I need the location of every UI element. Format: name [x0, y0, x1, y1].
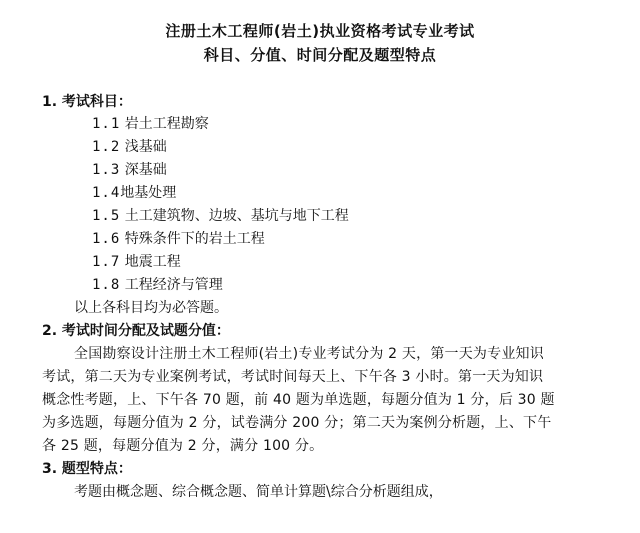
paragraph-line: 考试，第二天为专业案例考试，考试时间每天上、下午各 3 小时。第一天为知识	[42, 366, 543, 386]
section-2-heading: 2. 考试时间分配及试题分值：	[42, 320, 230, 340]
paragraph-line: 为多选题，每题分值为 2 分，试卷满分 200 分；第二天为案例分析题，上、下午	[42, 412, 551, 432]
paragraph-line: 概念性考题，上、下午各 70 题，前 40 题为单选题，每题分值为 1 分，后 …	[42, 389, 555, 409]
subject-item: 1.3 深基础	[92, 159, 167, 179]
paragraph-line: 全国勘察设计注册土木工程师(岩土)专业考试分为 2 天，第一天为专业知识	[74, 343, 544, 363]
subject-item: 1.5 土工建筑物、边坡、基坑与地下工程	[92, 205, 349, 225]
subject-number: 1.8	[92, 277, 120, 293]
subject-number: 1.1	[92, 116, 120, 132]
subject-item: 1.2 浅基础	[92, 136, 167, 156]
subject-number: 1.2	[92, 139, 120, 155]
subject-text: 土工建筑物、边坡、基坑与地下工程	[125, 208, 349, 224]
subject-text: 特殊条件下的岩土工程	[125, 231, 265, 247]
section-1-note: 以上各科目均为必答题。	[74, 297, 228, 317]
paragraph-line: 各 25 题，每题分值为 2 分，满分 100 分。	[42, 435, 323, 455]
subject-text: 工程经济与管理	[125, 277, 223, 293]
subject-text: 深基础	[125, 162, 167, 178]
subject-number: 1.5	[92, 208, 120, 224]
subject-item: 1.8 工程经济与管理	[92, 274, 223, 294]
subject-number: 1.4	[92, 185, 120, 201]
section-3-text: 考题由概念题、综合概念题、简单计算题\综合分析题组成，	[74, 481, 443, 501]
document-subtitle: 科目、分值、时间分配及题型特点	[0, 44, 640, 65]
subject-text: 地基处理	[120, 185, 176, 201]
subject-number: 1.3	[92, 162, 120, 178]
subject-text: 浅基础	[125, 139, 167, 155]
subject-number: 1.7	[92, 254, 120, 270]
subject-item: 1.4地基处理	[92, 182, 176, 202]
document-title: 注册土木工程师(岩土)执业资格考试专业考试	[0, 20, 640, 41]
subject-item: 1.6 特殊条件下的岩土工程	[92, 228, 265, 248]
subject-number: 1.6	[92, 231, 120, 247]
section-1-heading: 1. 考试科目：	[42, 91, 132, 111]
section-3-heading: 3. 题型特点：	[42, 458, 132, 478]
subject-item: 1.7 地震工程	[92, 251, 181, 271]
subject-text: 地震工程	[125, 254, 181, 270]
subject-text: 岩土工程勘察	[125, 116, 209, 132]
subject-item: 1.1 岩土工程勘察	[92, 113, 209, 133]
